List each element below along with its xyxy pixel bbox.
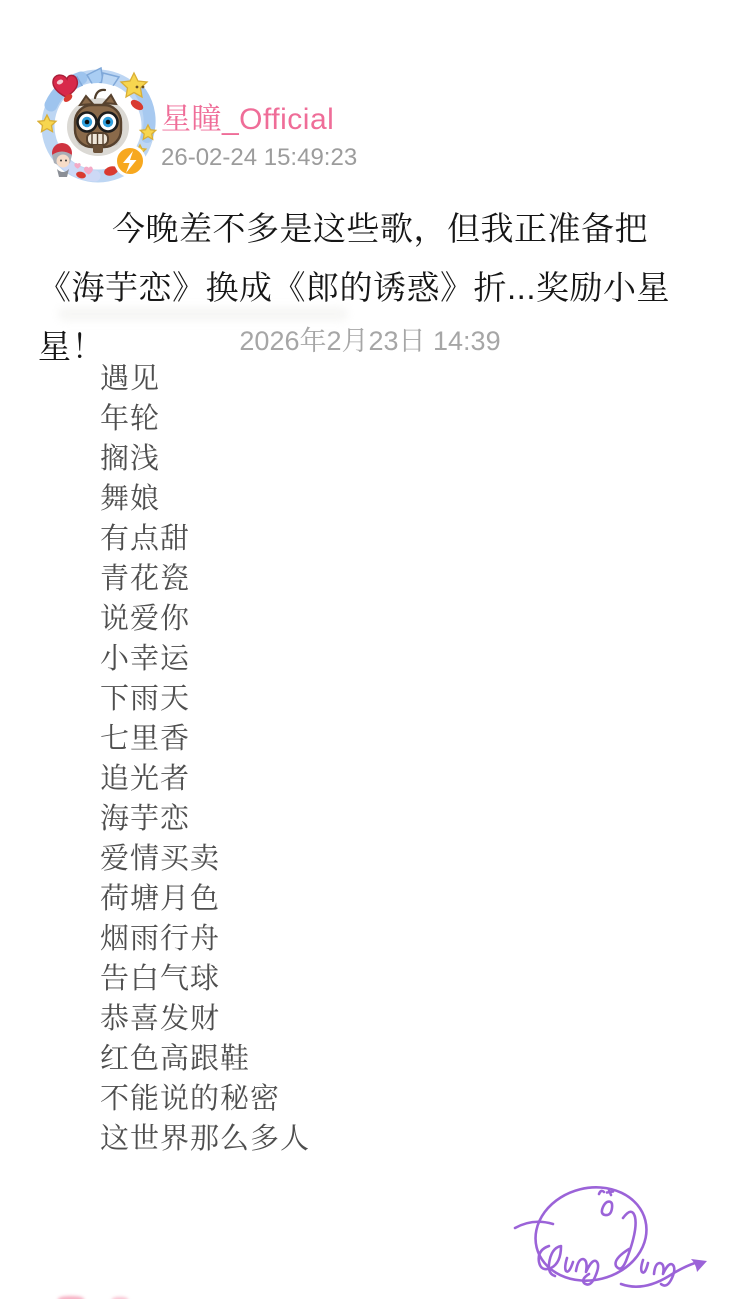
star-eye-icon	[136, 86, 139, 89]
post-timestamp: 26-02-24 15:49:23	[161, 143, 357, 173]
signature-icon	[503, 1172, 723, 1297]
author-name[interactable]: 星瞳_Official	[161, 102, 334, 138]
signature-doodle	[503, 1172, 723, 1297]
avatar[interactable]	[37, 65, 159, 187]
song-item: 小幸运	[100, 639, 310, 679]
song-item: 年轮	[100, 399, 310, 439]
song-item: 这世界那么多人	[100, 1119, 310, 1159]
lightning-badge-icon	[116, 147, 145, 176]
song-item: 追光者	[100, 759, 310, 799]
song-item: 爱情买卖	[100, 839, 310, 879]
avatar-decorated-frame	[37, 65, 159, 187]
post-page: 星瞳_Official 26-02-24 15:49:23 今晚差不多是这些歌，…	[0, 0, 740, 1299]
star-eye-icon	[142, 86, 145, 89]
doodle-mouth-icon	[602, 1202, 612, 1216]
song-item: 搁浅	[100, 439, 310, 479]
song-item: 七里香	[100, 719, 310, 759]
song-item: 青花瓷	[100, 559, 310, 599]
screenshot-artifact	[58, 307, 348, 321]
playlist-date-header: 2026年2月23日 14:39	[0, 324, 740, 358]
doodle-eye-icon	[599, 1191, 604, 1194]
song-item: 遇见	[100, 359, 310, 399]
song-item: 荷塘月色	[100, 879, 310, 919]
song-item: 红色高跟鞋	[100, 1039, 310, 1079]
song-item: 不能说的秘密	[100, 1079, 310, 1119]
song-list: 遇见年轮搁浅舞娘有点甜青花瓷说爱你小幸运下雨天七里香追光者海芋恋爱情买卖荷塘月色…	[100, 359, 310, 1159]
song-item: 有点甜	[100, 519, 310, 559]
song-item: 烟雨行舟	[100, 919, 310, 959]
doodle-sparkle-icon	[607, 1190, 613, 1195]
song-item: 说爱你	[100, 599, 310, 639]
song-item: 恭喜发财	[100, 999, 310, 1039]
song-item: 告白气球	[100, 959, 310, 999]
song-item: 舞娘	[100, 479, 310, 519]
song-item: 海芋恋	[100, 799, 310, 839]
arrow-icon	[691, 1259, 707, 1272]
song-item: 下雨天	[100, 679, 310, 719]
cut-off-content	[50, 1292, 140, 1299]
